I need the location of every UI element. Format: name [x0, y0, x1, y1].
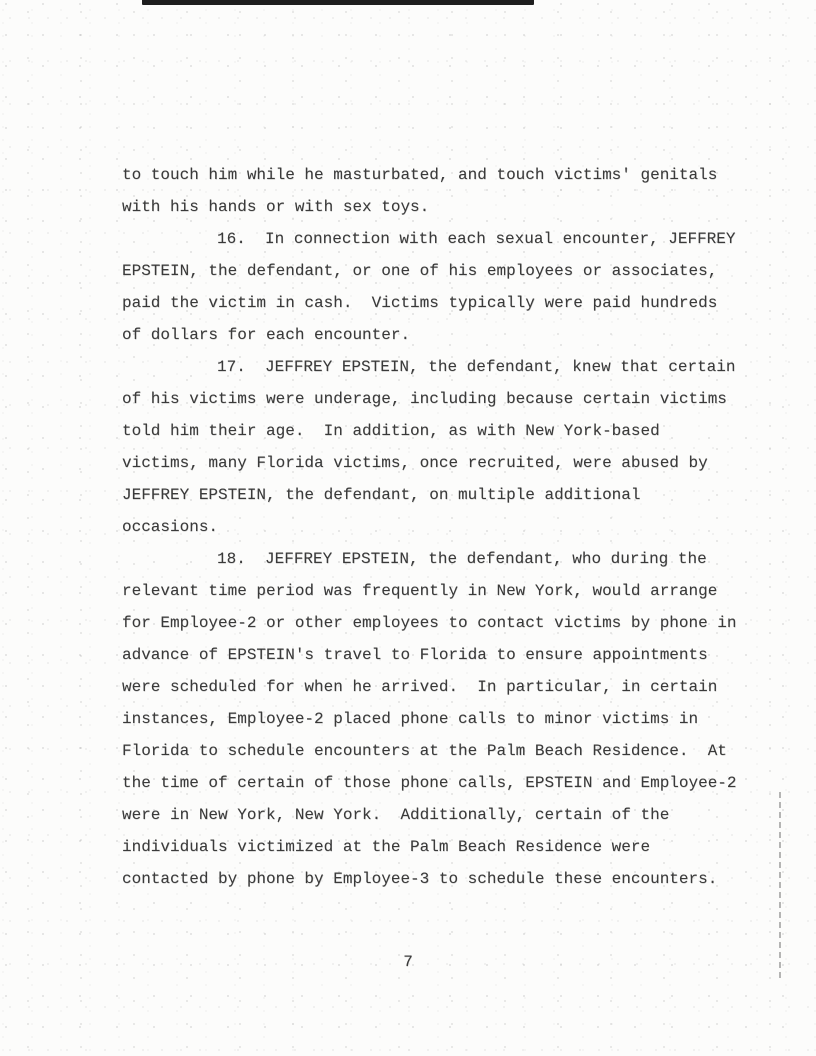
document-page: to touch him while he masturbated, and t…	[0, 0, 816, 1056]
document-text-block: to touch him while he masturbated, and t…	[122, 159, 762, 895]
document-line: victims, many Florida victims, once recr…	[122, 447, 762, 479]
document-line: individuals victimized at the Palm Beach…	[122, 831, 762, 863]
document-line: with his hands or with sex toys.	[122, 191, 762, 223]
document-line: contacted by phone by Employee-3 to sche…	[122, 863, 762, 895]
document-line: EPSTEIN, the defendant, or one of his em…	[122, 255, 762, 287]
document-line: were scheduled for when he arrived. In p…	[122, 671, 762, 703]
document-line-paragraph-18: 18. JEFFREY EPSTEIN, the defendant, who …	[122, 543, 762, 575]
document-line: the time of certain of those phone calls…	[122, 767, 762, 799]
document-line: occasions.	[122, 511, 762, 543]
document-line: were in New York, New York. Additionally…	[122, 799, 762, 831]
document-line: paid the victim in cash. Victims typical…	[122, 287, 762, 319]
document-line: JEFFREY EPSTEIN, the defendant, on multi…	[122, 479, 762, 511]
page-number: 7	[0, 946, 816, 978]
document-line: to touch him while he masturbated, and t…	[122, 159, 762, 191]
document-line: for Employee-2 or other employees to con…	[122, 607, 762, 639]
document-line-paragraph-17: 17. JEFFREY EPSTEIN, the defendant, knew…	[122, 351, 762, 383]
document-line: relevant time period was frequently in N…	[122, 575, 762, 607]
document-line: of dollars for each encounter.	[122, 319, 762, 351]
document-line: Florida to schedule encounters at the Pa…	[122, 735, 762, 767]
document-line: advance of EPSTEIN's travel to Florida t…	[122, 639, 762, 671]
document-line: instances, Employee-2 placed phone calls…	[122, 703, 762, 735]
document-line: told him their age. In addition, as with…	[122, 415, 762, 447]
document-line-paragraph-16: 16. In connection with each sexual encou…	[122, 223, 762, 255]
document-line: of his victims were underage, including …	[122, 383, 762, 415]
scan-edge-redaction-bar	[142, 0, 534, 5]
